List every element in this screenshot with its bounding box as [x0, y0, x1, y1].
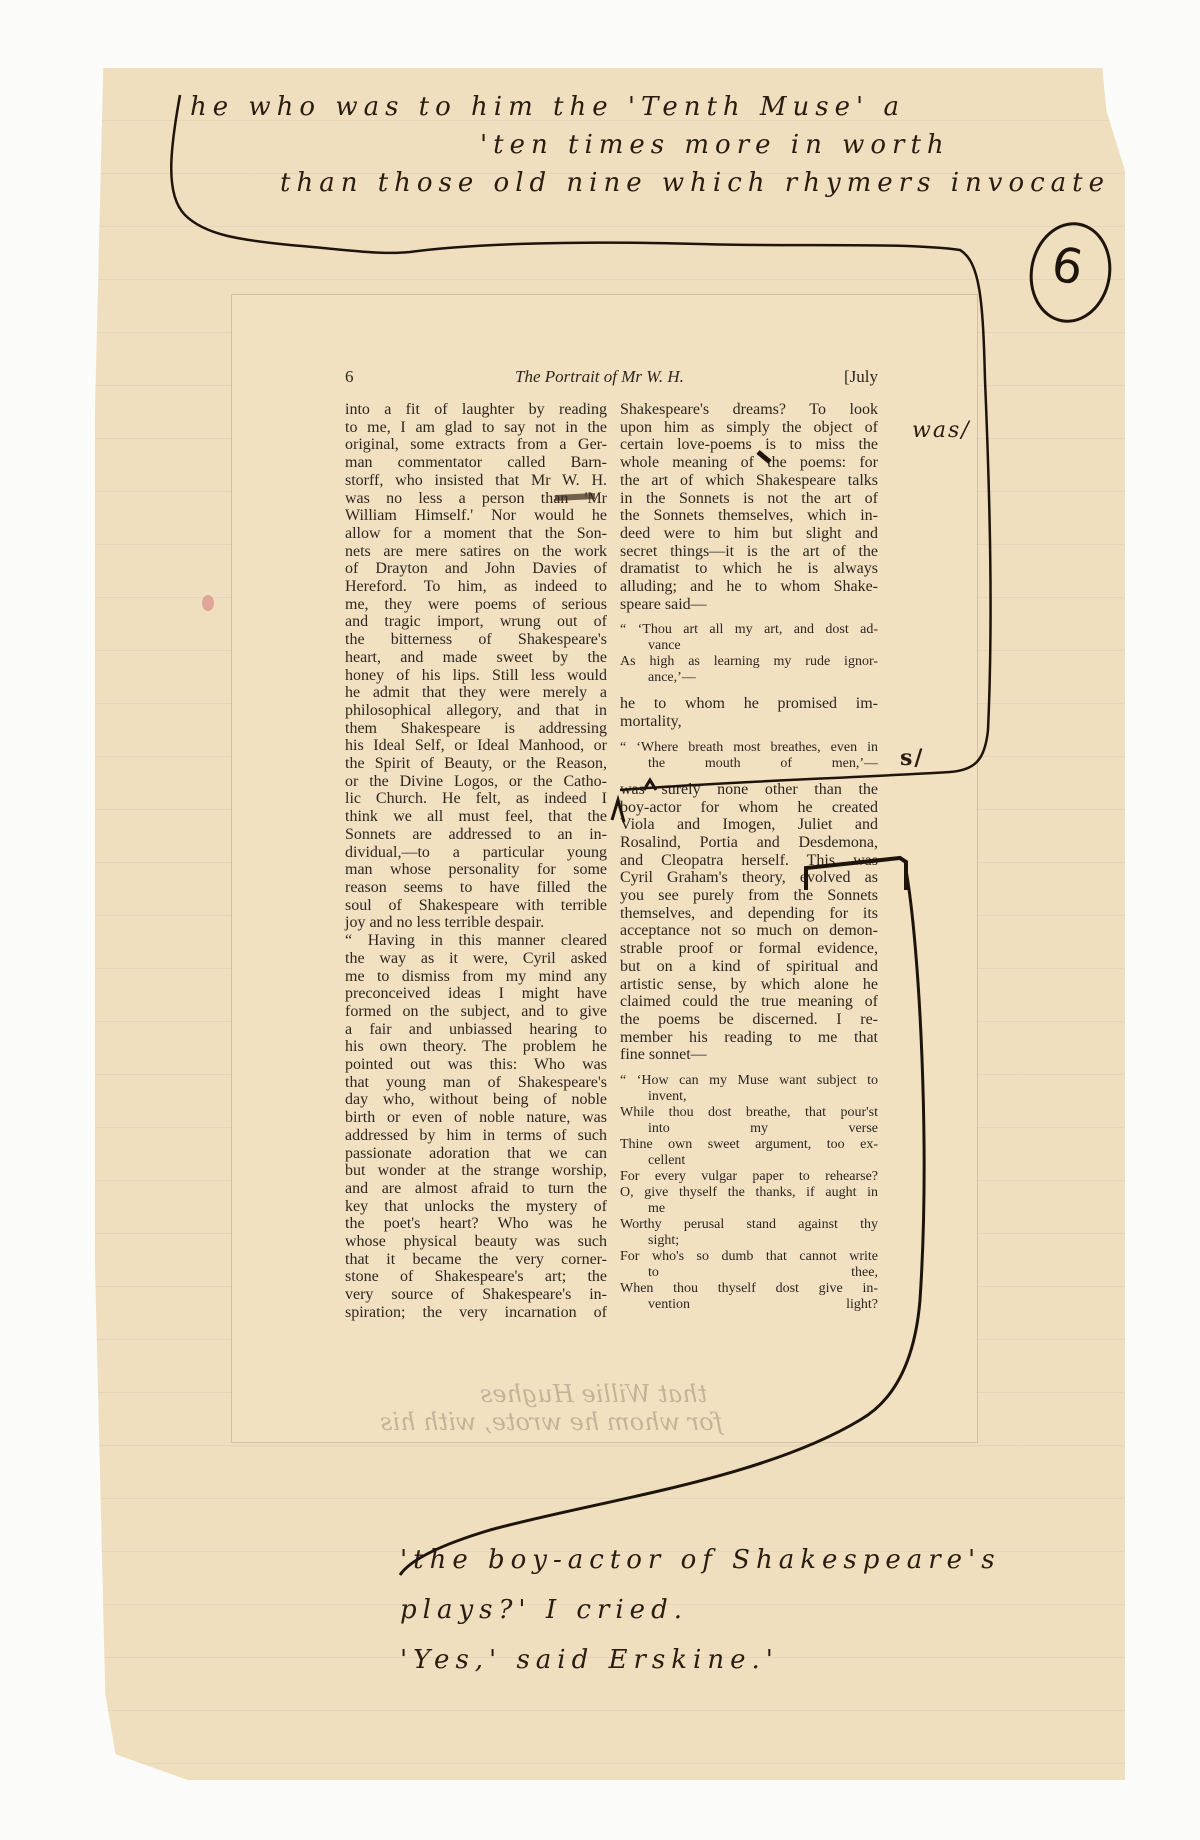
- paragraph-bracket: [806, 858, 906, 890]
- deletion-stroke-mr: [555, 496, 595, 498]
- left-insert-caret: [612, 800, 624, 822]
- bottom-insertion-line: [400, 870, 924, 1575]
- top-insertion-bracket: [171, 95, 990, 790]
- deletion-stroke-is: [758, 452, 770, 462]
- ink-revision-lines: [0, 0, 1200, 1840]
